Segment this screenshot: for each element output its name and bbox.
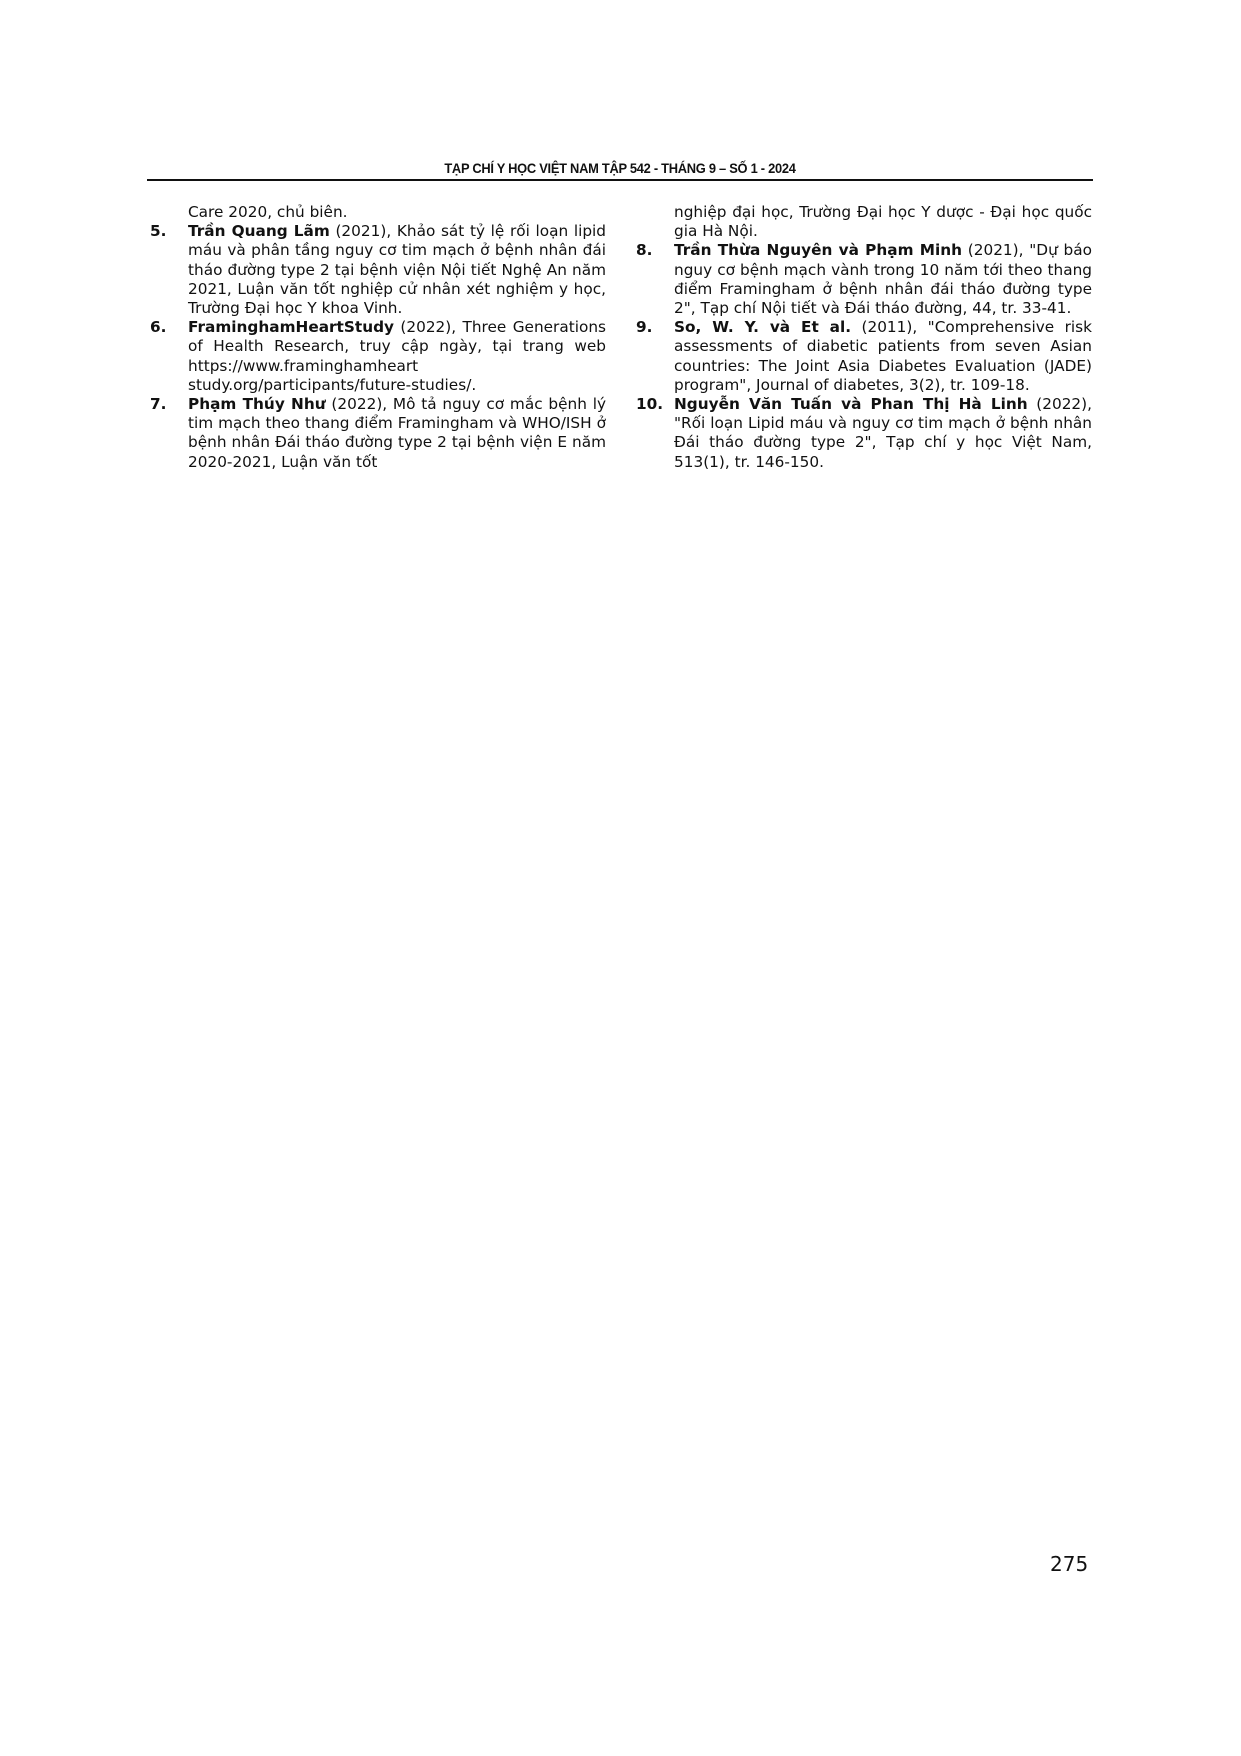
page-number: 275 [1050,1552,1088,1576]
reference-number: 5. [150,222,188,318]
reference-continuation: Care 2020, chủ biên. [150,203,606,222]
reference-authors: Trần Thừa Nguyên và Phạm Minh [674,241,962,259]
reference-number: 8. [636,241,674,318]
reference-continuation: nghiệp đại học, Trường Đại học Y dược - … [636,203,1092,241]
reference-item: 10. Nguyễn Văn Tuấn và Phan Thị Hà Linh … [636,395,1092,472]
reference-body: So, W. Y. và Et al. (2011), "Comprehensi… [674,318,1092,395]
reference-authors: FraminghamHeartStudy [188,318,394,336]
reference-item: 9. So, W. Y. và Et al. (2011), "Comprehe… [636,318,1092,395]
reference-item: 5. Trần Quang Lãm (2021), Khảo sát tỷ lệ… [150,222,606,318]
reference-body: FraminghamHeartStudy (2022), Three Gener… [188,318,606,395]
references-left-column: Care 2020, chủ biên. 5. Trần Quang Lãm (… [150,203,606,472]
reference-body: Nguyễn Văn Tuấn và Phan Thị Hà Linh (202… [674,395,1092,472]
reference-body: Trần Thừa Nguyên và Phạm Minh (2021), "D… [674,241,1092,318]
header-rule [147,179,1093,181]
reference-number: 7. [150,395,188,472]
reference-item: 8. Trần Thừa Nguyên và Phạm Minh (2021),… [636,241,1092,318]
reference-body: Trần Quang Lãm (2021), Khảo sát tỷ lệ rố… [188,222,606,318]
reference-authors: So, W. Y. và Et al. [674,318,851,336]
reference-body: Phạm Thúy Như (2022), Mô tả nguy cơ mắc … [188,395,606,472]
reference-authors: Trần Quang Lãm [188,222,330,240]
journal-header: TẠP CHÍ Y HỌC VIỆT NAM TẬP 542 - THÁNG 9… [185,160,1055,176]
reference-authors: Phạm Thúy Như [188,395,326,413]
reference-number: 10. [636,395,674,472]
reference-authors: Nguyễn Văn Tuấn và Phan Thị Hà Linh [674,395,1028,413]
reference-item: 7. Phạm Thúy Như (2022), Mô tả nguy cơ m… [150,395,606,472]
references-right-column: nghiệp đại học, Trường Đại học Y dược - … [636,203,1092,472]
reference-number: 9. [636,318,674,395]
reference-number: 6. [150,318,188,395]
reference-item: 6. FraminghamHeartStudy (2022), Three Ge… [150,318,606,395]
